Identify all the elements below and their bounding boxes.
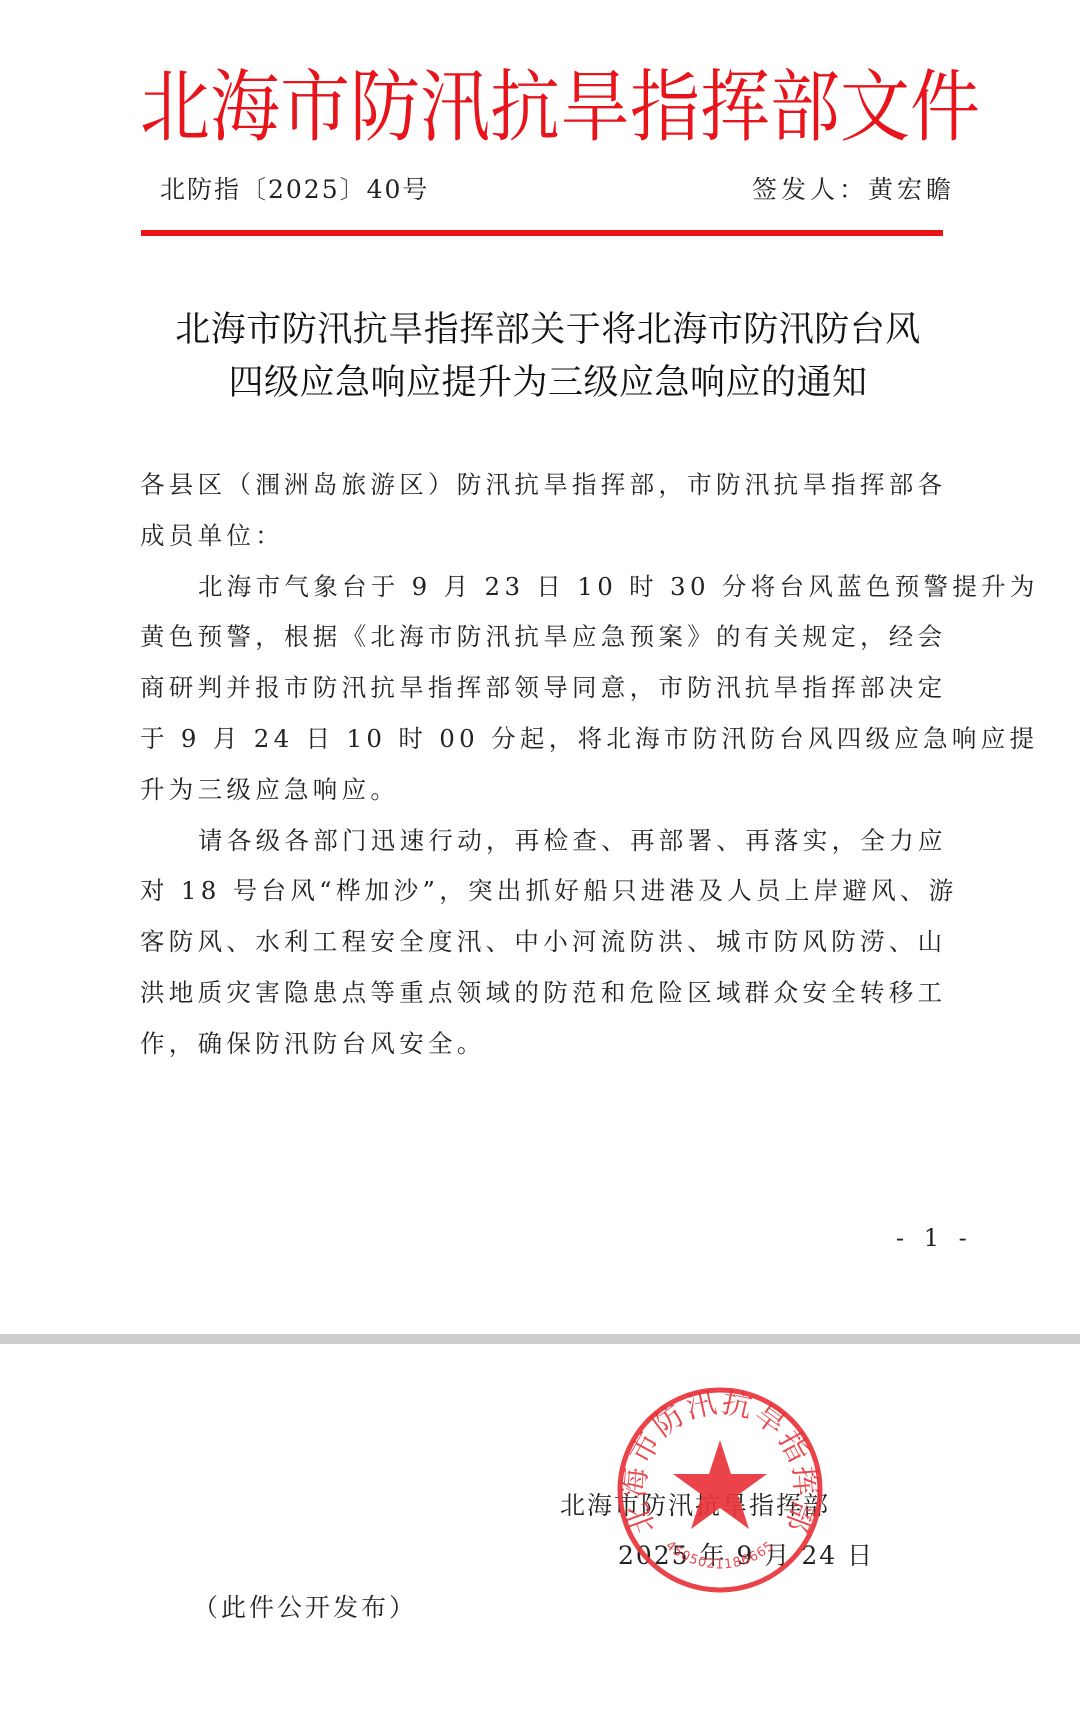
document-number: 北防指〔2025〕40号	[160, 172, 429, 208]
body-line: 请各级各部门迅速行动，再检查、再部署、再落实，全力应	[140, 816, 960, 867]
public-release-note: （此件公开发布）	[193, 1590, 417, 1626]
document-red-header: 北 海 市 防 汛 抗 旱 指 挥 部 文 件	[140, 62, 956, 152]
body-line: 客防风、水利工程安全度汛、中小河流防洪、城市防风防涝、山	[140, 917, 960, 968]
red-header-char: 北	[140, 57, 210, 158]
body-line: 商研判并报市防汛抗旱指挥部领导同意，市防汛抗旱指挥部决定	[140, 663, 960, 714]
red-header-char: 指	[630, 57, 700, 158]
body-line: 升为三级应急响应。	[140, 765, 960, 816]
red-header-char: 部	[770, 57, 840, 158]
body-line: 于 9 月 24 日 10 时 00 分起，将北海市防汛防台风四级应急响应提	[140, 714, 960, 765]
red-header-char: 抗	[490, 57, 560, 158]
red-header-char: 市	[280, 57, 350, 158]
red-header-char: 文	[840, 57, 910, 158]
signer-name: 黄宏瞻	[868, 175, 955, 204]
body-line: 黄色预警，根据《北海市防汛抗旱应急预案》的有关规定，经会	[140, 612, 960, 663]
red-header-char: 件	[910, 57, 980, 158]
page-separator	[0, 1334, 1080, 1344]
notice-title-line-1: 北海市防汛抗旱指挥部关于将北海市防汛防台风	[138, 303, 958, 357]
seal-code: 4505021186665	[662, 1538, 777, 1572]
red-header-char: 防	[350, 57, 420, 158]
red-header-char: 旱	[560, 57, 630, 158]
svg-text:4505021186665: 4505021186665	[662, 1538, 777, 1572]
body-line: 北海市气象台于 9 月 23 日 10 时 30 分将台风蓝色预警提升为	[140, 562, 960, 613]
body-line: 各县区（涠洲岛旅游区）防汛抗旱指挥部，市防汛抗旱指挥部各	[140, 460, 960, 511]
body-line: 洪地质灾害隐患点等重点领域的防范和危险区域群众安全转移工	[140, 968, 960, 1019]
red-divider-rule	[141, 230, 943, 236]
document-body: 各县区（涠洲岛旅游区）防汛抗旱指挥部，市防汛抗旱指挥部各 成员单位： 北海市气象…	[140, 460, 960, 1070]
notice-title-line-2: 四级应急响应提升为三级应急响应的通知	[138, 356, 958, 410]
signer-label: 签发人：	[752, 175, 868, 204]
body-line: 成员单位：	[140, 511, 960, 562]
signer: 签发人：黄宏瞻	[752, 172, 955, 208]
red-header-char: 挥	[700, 57, 770, 158]
red-header-char: 海	[210, 57, 280, 158]
body-line: 对 18 号台风“桦加沙”，突出抓好船只进港及人员上岸避风、游	[140, 866, 960, 917]
seal-icon: 北海市防汛抗旱指挥部 4505021186665	[615, 1385, 825, 1595]
official-seal: 北海市防汛抗旱指挥部 4505021186665	[615, 1385, 825, 1595]
page-number: - 1 -	[896, 1224, 973, 1252]
body-line: 作，确保防汛防台风安全。	[140, 1019, 960, 1070]
red-header-char: 汛	[420, 57, 490, 158]
